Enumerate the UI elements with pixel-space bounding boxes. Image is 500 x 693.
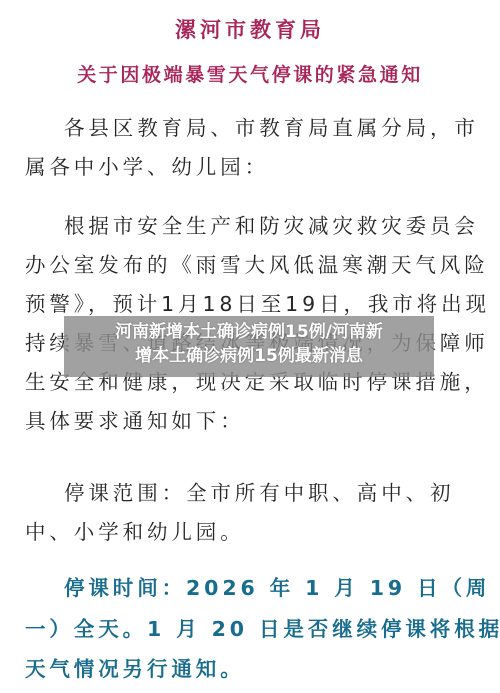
suspension-time-line: 天气情况另行通知。 [25, 655, 485, 683]
body-paragraph-line: 办公室发布的《雨雪大风低温寒潮天气风险 [25, 251, 485, 279]
caption-overlay: 河南新增本土确诊病例15例/河南新 增本土确诊病例15例最新消息 [64, 316, 434, 377]
body-paragraph-line: 具体要求通知如下： [25, 407, 485, 435]
salutation-line-2: 属各中小学、幼儿园： [25, 153, 485, 181]
suspension-scope-line: 中、小学和幼儿园。 [25, 518, 485, 546]
suspension-scope-line: 停课范围：全市所有中职、高中、初 [64, 479, 484, 507]
caption-line-1: 河南新增本土确诊病例15例/河南新 [64, 321, 434, 343]
issuing-organization: 漯河市教育局 [0, 14, 500, 44]
salutation-line-1: 各县区教育局、市教育局直属分局，市 [64, 114, 484, 142]
suspension-time-line: 停课时间：2026 年 1 月 19 日（周 [64, 574, 484, 602]
notice-document: 漯河市教育局 关于因极端暴雪天气停课的紧急通知 各县区教育局、市教育局直属分局，… [0, 0, 500, 693]
body-paragraph-line: 预警》，预计1月18日至19日，我市将出现 [25, 290, 485, 318]
caption-line-2: 增本土确诊病例15例最新消息 [64, 345, 434, 367]
suspension-time-line: 一）全天。1 月 20 日是否继续停课将根据 [25, 615, 485, 643]
notice-title: 关于因极端暴雪天气停课的紧急通知 [0, 60, 500, 87]
body-paragraph-line: 根据市安全生产和防灾减灾救灾委员会 [64, 212, 484, 240]
